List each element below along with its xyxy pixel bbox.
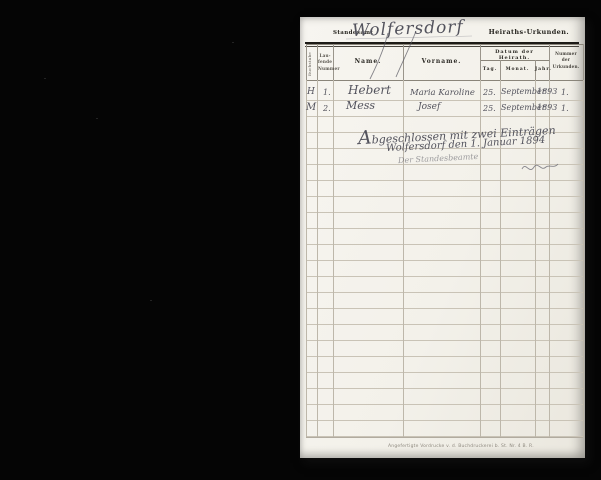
entry-serial: 2. [323, 104, 331, 113]
table-bottom-line [306, 437, 583, 438]
column-header-year: Jahr. [535, 67, 549, 72]
entry-year: 1893 [537, 87, 557, 96]
entry-letter: M [306, 102, 316, 113]
register-title: Heiraths-Urkunden. [489, 28, 569, 36]
entry-serial: 1. [323, 88, 331, 97]
handwritten-office-name: Wolfersdorf [352, 17, 464, 41]
table-top-line [306, 44, 583, 45]
entry-day: 25. [483, 88, 496, 97]
column-header-letter: Buchstabe [307, 48, 317, 80]
entry-surname: Hebert [348, 83, 391, 97]
column-header-vorname: Vorname. [403, 58, 480, 65]
dust-speck [96, 118, 98, 119]
col-line-body [583, 80, 584, 437]
dust-speck [44, 78, 46, 79]
column-header-day: Tag. [480, 67, 500, 72]
header-rule-thin [305, 46, 579, 47]
column-header-name: Name. [333, 58, 403, 65]
column-header-certificate-number: Nummer der Urkunden. [551, 51, 581, 70]
dust-speck [150, 300, 152, 301]
entry-letter: H [307, 87, 315, 97]
entry-year: 1893 [537, 103, 557, 112]
entry-surname: Mess [346, 99, 375, 112]
column-header-serial: Lau­fende Nummer [318, 53, 332, 72]
entry-certificate-number: 1. [561, 104, 569, 113]
entry-givenname: Josef [418, 102, 440, 112]
column-header-month: Monat. [500, 67, 535, 72]
entry-day: 25. [483, 104, 496, 113]
col-line-body [333, 80, 334, 437]
dust-speck [232, 42, 234, 43]
entry-givenname: Maria Karoline [410, 88, 475, 98]
col-line [549, 44, 550, 80]
entry-certificate-number: 1. [561, 88, 569, 97]
column-header-date-group: Datum der Heirath. [480, 49, 549, 61]
col-line-body [317, 80, 318, 437]
printer-imprint: Angefertigte Vordrucke v. d. Buchdrucker… [388, 444, 534, 449]
col-line [583, 44, 584, 80]
register-page: Standesamt Wolfersdorf Heiraths-Urkunden… [300, 17, 585, 458]
scanner-background: Standesamt Wolfersdorf Heiraths-Urkunden… [0, 0, 601, 480]
col-line-body [306, 80, 307, 437]
